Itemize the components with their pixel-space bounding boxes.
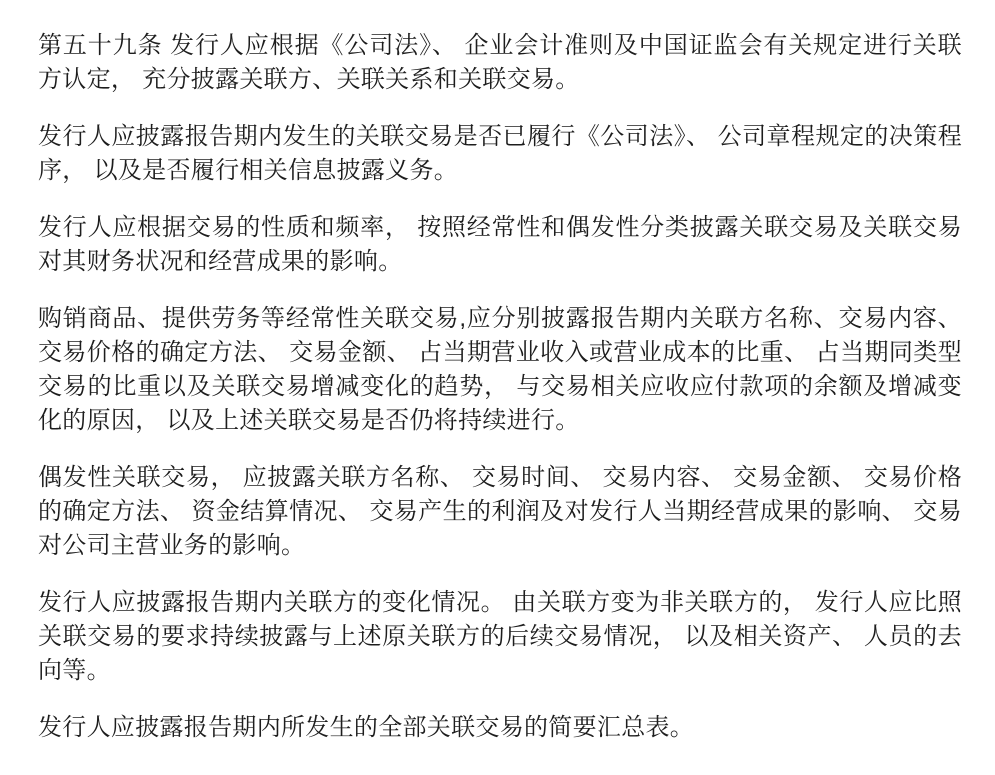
document-page: 第五十九条 发行人应根据《公司法》、 企业会计准则及中国证监会有关规定进行关联方… <box>0 0 995 775</box>
paragraph-article-59-intro: 第五十九条 发行人应根据《公司法》、 企业会计准则及中国证监会有关规定进行关联方… <box>38 29 962 97</box>
paragraph-summary-table: 发行人应披露报告期内所发生的全部关联交易的简要汇总表。 <box>38 711 962 745</box>
paragraph-classification-by-nature-frequency: 发行人应根据交易的性质和频率， 按照经常性和偶发性分类披露关联交易及关联交易对其… <box>38 211 962 279</box>
paragraph-recurring-related-transactions: 购销商品、提供劳务等经常性关联交易,应分别披露报告期内关联方名称、交易内容、交易… <box>38 302 962 438</box>
paragraph-related-party-changes: 发行人应披露报告期内关联方的变化情况。 由关联方变为非关联方的， 发行人应比照关… <box>38 586 962 688</box>
paragraph-occasional-related-transactions: 偶发性关联交易， 应披露关联方名称、 交易时间、 交易内容、 交易金额、 交易价… <box>38 461 962 563</box>
paragraph-decision-procedures: 发行人应披露报告期内发生的关联交易是否已履行《公司法》、 公司章程规定的决策程序… <box>38 120 962 188</box>
